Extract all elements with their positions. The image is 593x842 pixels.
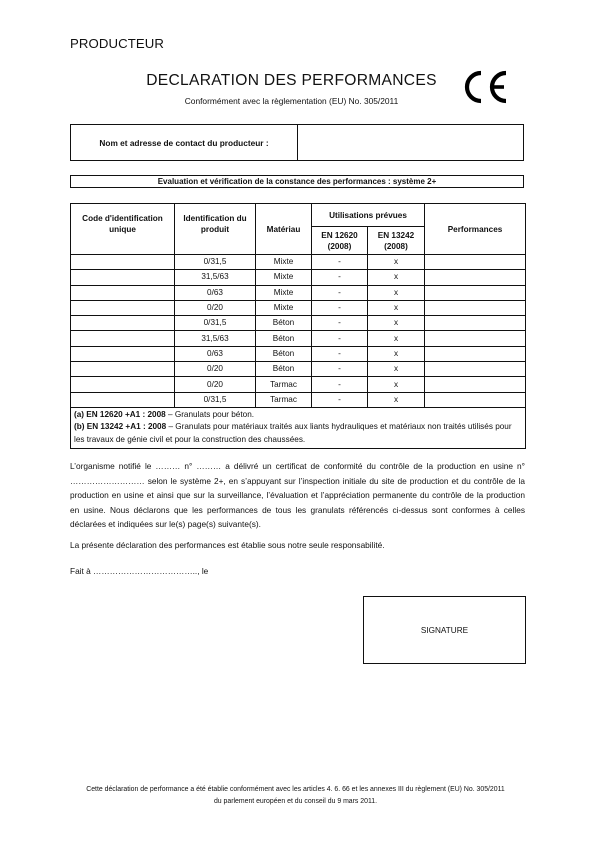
cell-en12620: - [312,255,368,270]
cell-product: 0/63 [175,346,256,361]
cell-performances[interactable] [425,316,526,331]
place-date-line: Fait à ……………………………….., le [70,566,208,576]
cell-en12620: - [312,362,368,377]
table-row: 31,5/63Béton-x [71,331,526,346]
table-row: 0/20Mixte-x [71,300,526,315]
cell-product: 0/31,5 [175,316,256,331]
header-code: Code d'identification unique [71,204,175,255]
signature-box[interactable]: SIGNATURE [363,596,526,664]
cell-performances[interactable] [425,300,526,315]
cell-product: 0/31,5 [175,392,256,407]
cell-material: Tarmac [256,392,312,407]
cell-product: 31,5/63 [175,331,256,346]
cell-product: 0/20 [175,377,256,392]
cell-performances[interactable] [425,255,526,270]
cell-code[interactable] [71,392,175,407]
producer-contact-box: Nom et adresse de contact du producteur … [70,124,524,161]
table-row: 0/31,5Béton-x [71,316,526,331]
table-row: 0/63Mixte-x [71,285,526,300]
cell-code[interactable] [71,377,175,392]
cell-en12620: - [312,285,368,300]
cell-product: 0/20 [175,300,256,315]
cell-en12620: - [312,300,368,315]
cell-product: 0/63 [175,285,256,300]
footer-line-2: du parlement européen et du conseil du 9… [214,796,377,808]
cell-material: Tarmac [256,377,312,392]
cell-performances[interactable] [425,377,526,392]
table-row: 31,5/63Mixte-x [71,270,526,285]
cell-code[interactable] [71,346,175,361]
note-b-ref: (b) EN 13242 +A1 : 2008 [74,422,166,431]
certification-paragraph: L’organisme notifié le ……… n° ……… a déli… [70,459,525,532]
cell-en12620: - [312,270,368,285]
producer-contact-label: Nom et adresse de contact du producteur … [71,125,298,160]
cell-performances[interactable] [425,331,526,346]
cell-performances[interactable] [425,362,526,377]
table-row: 0/20Béton-x [71,362,526,377]
cell-product: 31,5/63 [175,270,256,285]
ce-mark-icon [462,68,510,106]
header-en12620: EN 12620 (2008) [312,227,368,255]
cell-en12620: - [312,392,368,407]
cell-en12620: - [312,346,368,361]
cell-product: 0/20 [175,362,256,377]
table-row: 0/63Béton-x [71,346,526,361]
cell-product: 0/31,5 [175,255,256,270]
cell-material: Mixte [256,255,312,270]
table-row: 0/20Tarmac-x [71,377,526,392]
title-text: DECLARATION DES PERFORMANCES [146,72,437,90]
cell-material: Béton [256,346,312,361]
producer-contact-field[interactable] [298,125,523,160]
cell-en13242: x [368,316,425,331]
table-notes: (a) EN 12620 +A1 : 2008 – Granulats pour… [71,407,526,449]
cell-code[interactable] [71,285,175,300]
cell-code[interactable] [71,300,175,315]
cell-en13242: x [368,300,425,315]
cell-material: Béton [256,362,312,377]
cell-performances[interactable] [425,346,526,361]
cell-code[interactable] [71,316,175,331]
cell-en12620: - [312,316,368,331]
cell-code[interactable] [71,362,175,377]
cell-code[interactable] [71,331,175,346]
cell-en13242: x [368,285,425,300]
evaluation-system-bar: Evaluation et vérification de la constan… [70,175,524,188]
cell-en12620: - [312,377,368,392]
footer-note: Cette déclaration de performance a été é… [0,784,593,808]
cell-performances[interactable] [425,285,526,300]
header-material: Matériau [256,204,312,255]
note-a-ref: (a) EN 12620 +A1 : 2008 [74,410,166,419]
cell-en13242: x [368,255,425,270]
cell-code[interactable] [71,270,175,285]
cell-en13242: x [368,270,425,285]
table-row: 0/31,5Tarmac-x [71,392,526,407]
header-performances: Performances [425,204,526,255]
cell-material: Béton [256,331,312,346]
cell-material: Béton [256,316,312,331]
subtitle-text: Conformément avec la règlementation (EU)… [185,96,399,106]
header-intended-uses: Utilisations prévues [312,204,425,227]
signature-label: SIGNATURE [421,626,468,635]
cell-en13242: x [368,346,425,361]
cell-material: Mixte [256,300,312,315]
cell-performances[interactable] [425,392,526,407]
cell-material: Mixte [256,285,312,300]
cell-en13242: x [368,362,425,377]
cell-en12620: - [312,331,368,346]
cell-material: Mixte [256,270,312,285]
table-row: 0/31,5Mixte-x [71,255,526,270]
cell-en13242: x [368,331,425,346]
cell-en13242: x [368,392,425,407]
note-a: (a) EN 12620 +A1 : 2008 – Granulats pour… [74,409,522,422]
cell-code[interactable] [71,255,175,270]
footer-line-1: Cette déclaration de performance a été é… [86,784,505,796]
note-a-text: – Granulats pour béton. [166,410,254,419]
cell-performances[interactable] [425,270,526,285]
producer-heading: PRODUCTEUR [70,36,164,51]
header-product: Identification du produit [175,204,256,255]
header-en13242: EN 13242 (2008) [368,227,425,255]
note-b: (b) EN 13242 +A1 : 2008 – Granulats pour… [74,421,522,446]
responsibility-statement: La présente déclaration des performances… [70,540,385,550]
performance-table: Code d'identification unique Identificat… [70,203,526,449]
cell-en13242: x [368,377,425,392]
